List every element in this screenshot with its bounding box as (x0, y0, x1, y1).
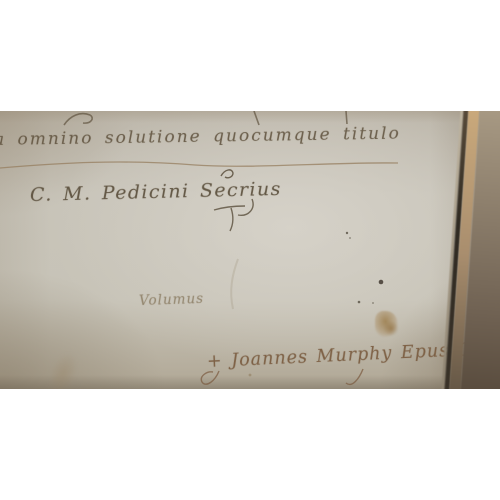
ink-speck (358, 301, 361, 304)
secretary-flourish (214, 199, 253, 231)
ink-speck (249, 374, 252, 377)
framed-manuscript-photo: a omnino solutione quocumque titulo C. M… (0, 0, 500, 500)
signature-descender-phy (346, 369, 363, 384)
stroke-fragment-right (346, 111, 347, 124)
ink-speck (379, 280, 384, 285)
ink-speck (372, 302, 374, 304)
stroke-fragment-left (64, 114, 92, 125)
ink-stain-core (383, 321, 399, 336)
ink-speck (349, 237, 351, 239)
abbreviation-mark (221, 170, 233, 178)
volumus-text: Volumus (139, 291, 205, 309)
pen-rule-line (0, 162, 398, 168)
paper-crease (231, 259, 238, 309)
stroke-fragment-mid (254, 111, 259, 125)
signature-descender-j (201, 371, 219, 384)
ink-speck (346, 232, 348, 234)
manuscript-paper: a omnino solutione quocumque titulo C. M… (0, 111, 500, 389)
